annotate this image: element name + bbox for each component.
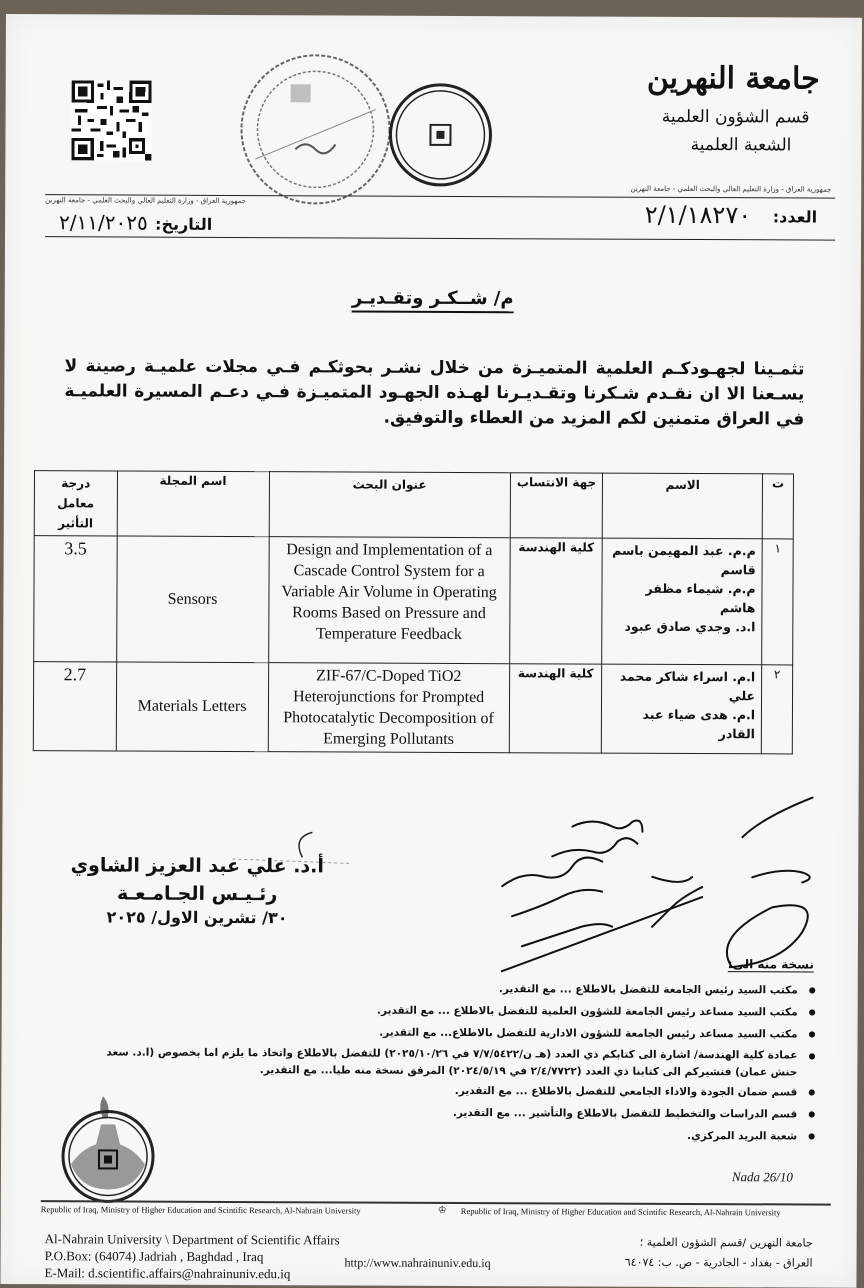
cc-list: مكتب السيد رئيس الجامعة للتفضل بالاطلاع … [95,976,816,1147]
author-names: م.م. عبد المهيمن باسم قاسم م.م. شيماء مظ… [602,538,762,665]
author-name: م.م. شيماء مظفر هاشم [609,579,756,618]
impact-factor: 2.7 [33,662,116,751]
typist-note: Nada 26/10 [732,1169,793,1185]
col-header-journal: اسم المجلة [117,471,269,537]
author-name: ا.م. اسراء شاكر محمد علي [608,667,755,706]
date-label: التاريخ: [155,215,212,234]
footer-en-line2: P.O.Box: (64074) Jadriah , Baghdad , Ira… [45,1247,340,1265]
date-rule [45,236,835,240]
footer-website-link[interactable]: http://www.nahrainuniv.edu.iq [345,1255,491,1271]
cc-item: عمادة كلية الهندسة/ اشارة الى كتابكم ذي … [95,1042,815,1081]
cc-label: نسخة منه الى: [728,957,814,972]
ministry-line-2: جمهورية العراق - وزارة التعليم العالي وا… [45,196,246,205]
footer-en-line1: Al-Nahrain University \ Department of Sc… [45,1230,340,1248]
cc-item: قسم ضمان الجودة والاداء الجامعي للتفضل ب… [95,1078,815,1103]
affiliation: كلية الهندسة [509,664,602,753]
letter-subject: م/ شــكـر وتقـديـر [5,286,861,311]
journal-name: Sensors [116,536,268,663]
author-name: م.م. عبد المهيمن باسم قاسم [609,541,756,580]
col-header-name: الاسم [603,473,763,539]
journal-name: Materials Letters [116,662,268,752]
col-header-impact: درجة معامل التأثير [34,471,117,536]
footer-band-right: Republic of Iraq, Ministry of Higher Edu… [461,1206,781,1217]
col-header-affiliation: جهة الانتساب [510,473,603,538]
paper-title: ZIF-67/C-Doped TiO2 Heterojunctions for … [268,663,510,753]
subject-text: م/ شــكـر وتقـديـر [352,288,514,314]
paper-title: Design and Implementation of a Cascade C… [268,537,510,664]
signatory-role: رئـيـس الجـامـعـة [62,882,332,905]
handwritten-annotation-icon [442,786,833,978]
document-page: جامعة النهرين قسم الشؤون العلمية الشعبة … [0,14,862,1280]
university-emblem-icon [53,1094,163,1204]
footer-english-address: Al-Nahrain University \ Department of Sc… [44,1230,339,1280]
table-row: ٢ ا.م. اسراء شاكر محمد علي ا.م. هدى ضياء… [33,662,792,754]
col-header-no: ت [762,474,793,539]
author-names: ا.م. اسراء شاكر محمد علي ا.م. هدى ضياء ع… [602,664,762,754]
qr-code-icon [71,80,151,160]
cc-item: مكتب السيد مساعد رئيس الجامعة للشؤون الا… [96,1020,816,1045]
table-row: ١ م.م. عبد المهيمن باسم قاسم م.م. شيماء … [34,536,794,665]
footer-ar-line1: جامعة النهرين /قسم الشؤون العلمية ؛ [625,1233,813,1254]
signatory-name: أ.د. علي عبد العزيز الشاوي [62,854,332,877]
university-seal-icon [385,80,495,190]
ref-number-value: ٢/١/١٨٢٧٠ [645,201,752,229]
cc-item: شعبة البريد المركزي. [95,1122,815,1147]
cc-item: قسم الدراسات والتخطيط للتفضل بالاطلاع وا… [95,1100,815,1125]
eagle-emblem-icon: ♔ [438,1205,447,1216]
ministry-line: جمهورية العراق - وزارة التعليم العالي وا… [630,185,831,194]
affiliation: كلية الهندسة [509,538,602,664]
author-name: ا.م. هدى ضياء عبد القادر [608,705,755,744]
section-name: الشعبة العلمية [691,135,792,155]
footer-arabic-address: جامعة النهرين /قسم الشؤون العلمية ؛ العر… [625,1233,813,1274]
col-header-title: عنوان البحث [269,472,511,538]
college-stamp-icon [235,49,396,210]
letter-body: تثمـينا لجهـودكـم العلمية المتميـزة من خ… [64,354,804,432]
date-value: ٢/١١/٢٠٢٥ [59,210,148,234]
signature-date: ٣٠/ تشرين الاول/ ٢٠٢٥ [62,907,332,927]
department-name: قسم الشؤون العلمية [662,107,810,128]
ref-number-label: العدد: [773,207,817,226]
table-header-row: ت الاسم جهة الانتساب عنوان البحث اسم الم… [34,471,793,539]
impact-factor: 3.5 [34,536,117,662]
cc-item: مكتب السيد رئيس الجامعة للتفضل بالاطلاع … [96,976,816,1001]
author-name: ا.د. وجدي صادق عبود [609,617,756,637]
university-name: جامعة النهرين [647,61,820,97]
cc-item: مكتب السيد مساعد رئيس الجامعة للشؤون الع… [96,998,816,1023]
row-number: ١ [762,539,793,665]
footer-en-email[interactable]: E-Mail: d.scientific.affairs@nahrainuniv… [44,1264,339,1280]
research-table: ت الاسم جهة الانتساب عنوان البحث اسم الم… [33,470,794,754]
footer-band-left: Republic of Iraq, Ministry of Higher Edu… [41,1204,361,1215]
footer-ar-line2: العراق - بغداد - الجادرية - ص. ب: ٦٤٠٧٤ [625,1253,813,1274]
row-number: ٢ [761,665,792,754]
